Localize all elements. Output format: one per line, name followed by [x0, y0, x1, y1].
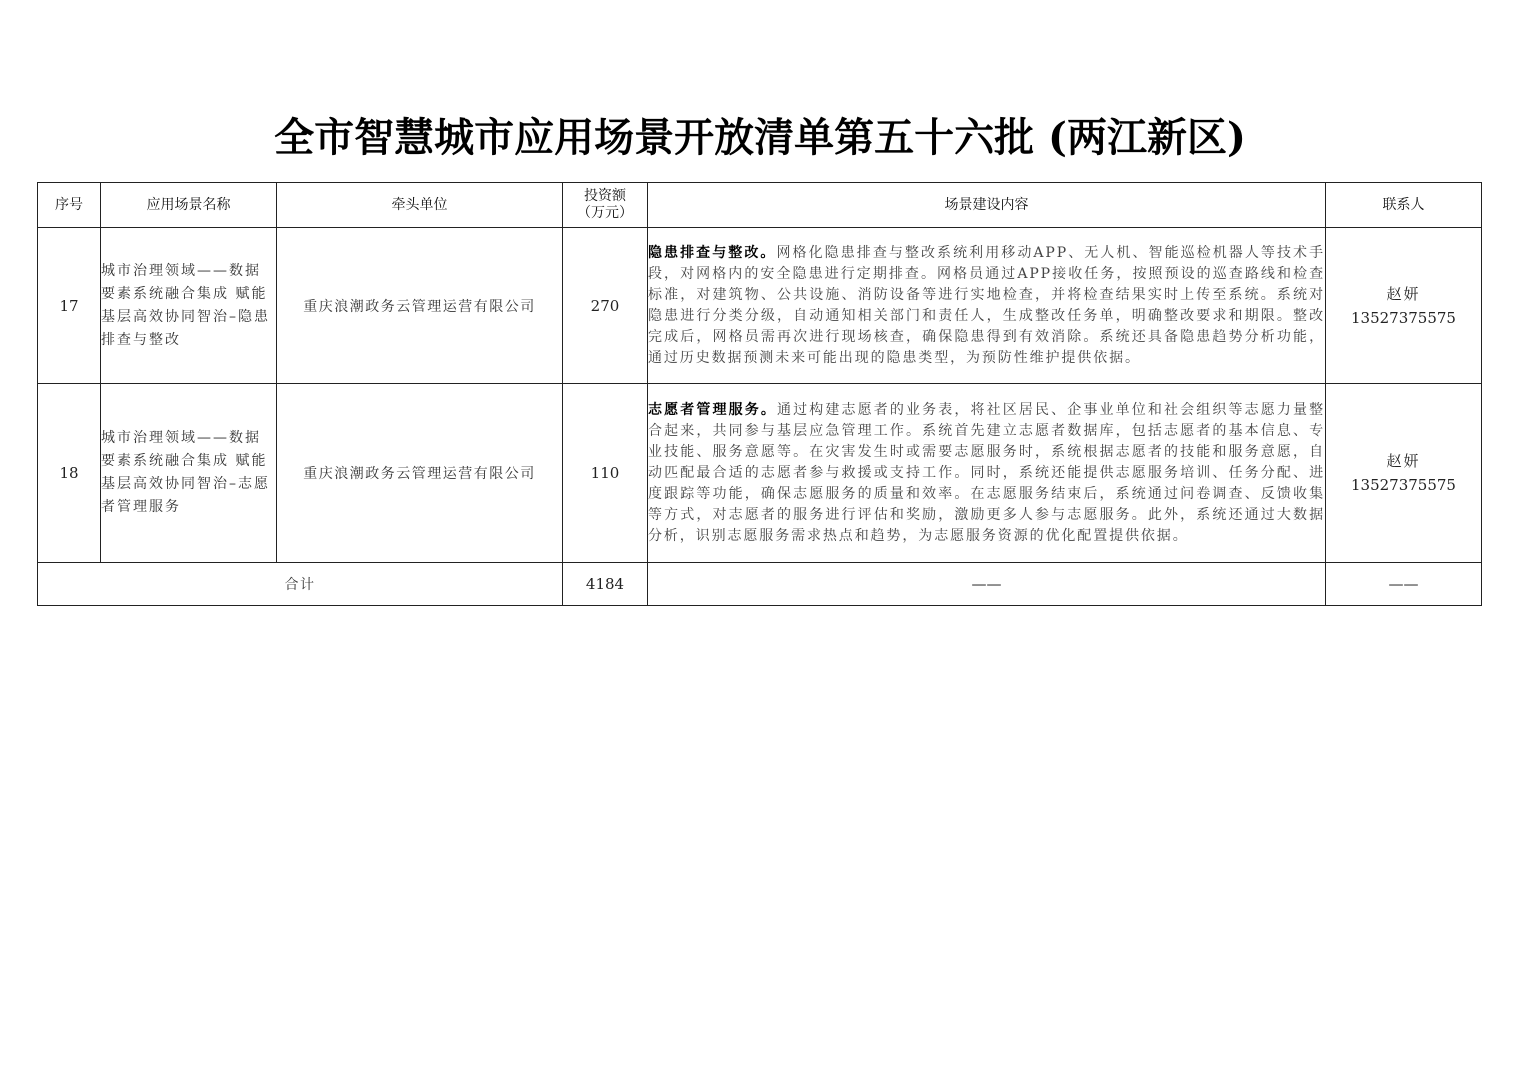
contact-name: 赵妍 — [1326, 282, 1481, 306]
total-label: 合计 — [38, 563, 563, 606]
header-investment: 投资额 （万元） — [563, 183, 648, 228]
contact-phone: 13527375575 — [1326, 306, 1481, 330]
contact-name: 赵妍 — [1326, 449, 1481, 473]
header-investment-line2: （万元） — [563, 205, 647, 222]
row-investment: 270 — [563, 228, 648, 384]
header-index: 序号 — [38, 183, 101, 228]
row-content: 隐患排查与整改。网格化隐患排查与整改系统利用移动APP、无人机、智能巡检机器人等… — [648, 228, 1326, 384]
row-content: 志愿者管理服务。通过构建志愿者的业务表，将社区居民、企事业单位和社会组织等志愿力… — [648, 384, 1326, 563]
row-content-body: 通过构建志愿者的业务表，将社区居民、企事业单位和社会组织等志愿力量整合起来，共同… — [648, 402, 1325, 544]
row-content-title: 志愿者管理服务。 — [648, 402, 777, 418]
total-investment: 4184 — [563, 563, 648, 606]
header-lead-unit: 牵头单位 — [277, 183, 563, 228]
header-scene-name: 应用场景名称 — [101, 183, 277, 228]
table-row: 18 城市治理领域——数据要素系统融合集成 赋能基层高效协同智治–志愿者管理服务… — [38, 384, 1482, 563]
row-investment: 110 — [563, 384, 648, 563]
row-index: 18 — [38, 384, 101, 563]
row-contact: 赵妍 13527375575 — [1326, 384, 1482, 563]
row-content-body: 网格化隐患排查与整改系统利用移动APP、无人机、智能巡检机器人等技术手段，对网格… — [648, 245, 1325, 366]
row-lead-unit: 重庆浪潮政务云管理运营有限公司 — [277, 228, 563, 384]
contact-phone: 13527375575 — [1326, 473, 1481, 497]
document-title: 全市智慧城市应用场景开放清单第五十六批 (两江新区) — [0, 112, 1520, 164]
header-content: 场景建设内容 — [648, 183, 1326, 228]
row-scene-name: 城市治理领域——数据要素系统融合集成 赋能基层高效协同智治–志愿者管理服务 — [101, 384, 277, 563]
total-content-dash: —— — [648, 563, 1326, 606]
row-content-title: 隐患排查与整改。 — [648, 245, 776, 261]
header-investment-line1: 投资额 — [563, 188, 647, 205]
table-header-row: 序号 应用场景名称 牵头单位 投资额 （万元） 场景建设内容 联系人 — [38, 183, 1482, 228]
total-row: 合计 4184 —— —— — [38, 563, 1482, 606]
row-scene-name: 城市治理领域——数据要素系统融合集成 赋能基层高效协同智治–隐患排查与整改 — [101, 228, 277, 384]
header-contact: 联系人 — [1326, 183, 1482, 228]
row-index: 17 — [38, 228, 101, 384]
scenario-table: 序号 应用场景名称 牵头单位 投资额 （万元） 场景建设内容 联系人 17 城市… — [37, 182, 1482, 606]
row-contact: 赵妍 13527375575 — [1326, 228, 1482, 384]
table-row: 17 城市治理领域——数据要素系统融合集成 赋能基层高效协同智治–隐患排查与整改… — [38, 228, 1482, 384]
row-lead-unit: 重庆浪潮政务云管理运营有限公司 — [277, 384, 563, 563]
total-contact-dash: —— — [1326, 563, 1482, 606]
